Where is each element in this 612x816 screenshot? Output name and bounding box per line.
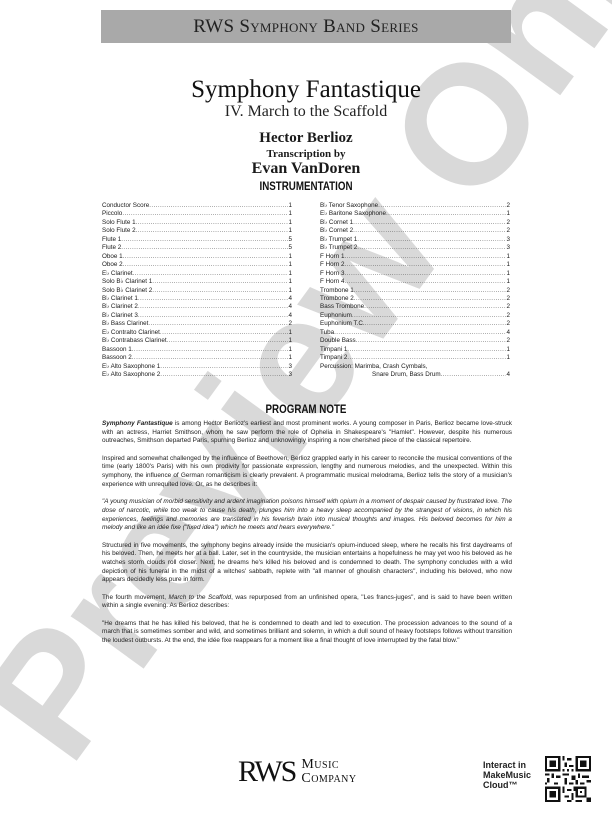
instrument-row: E♭ Alto Saxophone 23 <box>102 371 292 379</box>
instrument-row: Trombone 12 <box>320 287 510 295</box>
dot-leader <box>132 354 289 362</box>
dot-leader <box>364 303 506 311</box>
instrument-row: Tuba4 <box>320 329 510 337</box>
movement-subtitle: IV. March to the Scaffold <box>0 103 612 121</box>
part-count: 2 <box>506 227 510 235</box>
dot-leader <box>123 261 289 269</box>
part-count: 1 <box>288 227 292 235</box>
transcription-label: Transcription by <box>0 148 612 160</box>
instrument-name: F Horn 4 <box>320 278 345 286</box>
part-count: 2 <box>506 287 510 295</box>
instrument-name: Bassoon 1 <box>102 346 132 354</box>
instrument-row: B♭ Tenor Saxophone2 <box>320 202 510 210</box>
dot-leader <box>352 312 507 320</box>
dot-leader <box>148 320 288 328</box>
dot-leader <box>132 346 289 354</box>
part-count: 1 <box>288 270 292 278</box>
dot-leader <box>347 354 506 362</box>
instrument-row: Euphonium2 <box>320 312 510 320</box>
program-note-body: Symphony Fantastique is among Hector Ber… <box>102 420 512 654</box>
rws-logo-mark: RWS <box>238 755 295 789</box>
instrument-name: Solo B♭ Clarinet 1 <box>102 278 152 286</box>
dot-leader <box>354 287 507 295</box>
instrument-name: F Horn 1 <box>320 253 345 261</box>
logo-line-2: Company <box>301 772 356 786</box>
instrument-name: B♭ Clarinet 3 <box>102 312 138 320</box>
part-count: 1 <box>288 202 292 210</box>
part-count: 1 <box>506 278 510 286</box>
instrument-row: B♭ Clarinet 34 <box>102 312 292 320</box>
part-count: 1 <box>288 278 292 286</box>
instrument-name: Double Bass <box>320 337 356 345</box>
arranger-name: Evan VanDoren <box>0 160 612 178</box>
instrumentation-list-left: Conductor Score1Piccolo1Solo Flute 11Sol… <box>102 202 292 380</box>
dot-leader <box>149 202 288 210</box>
dot-leader <box>334 329 506 337</box>
part-count: 1 <box>506 210 510 218</box>
part-count: 3 <box>506 236 510 244</box>
instrument-row: B♭ Clarinet 14 <box>102 295 292 303</box>
dot-leader <box>136 219 289 227</box>
part-count: 1 <box>506 253 510 261</box>
instrument-name: B♭ Trumpet 2 <box>320 244 357 252</box>
instrument-row: Bassoon 21 <box>102 354 292 362</box>
dot-leader <box>347 346 506 354</box>
berlioz-quote: "He dreams that he has killed his belove… <box>102 620 512 646</box>
instrument-row: Snare Drum, Bass Drum4 <box>320 371 510 379</box>
instrument-row: F Horn 41 <box>320 278 510 286</box>
part-count: 1 <box>506 346 510 354</box>
part-count: 3 <box>288 371 292 379</box>
instrument-row: E♭ Clarinet1 <box>102 270 292 278</box>
program-note-paragraph: Inspired and somewhat challenged by the … <box>102 455 512 490</box>
part-count: 1 <box>288 287 292 295</box>
dot-leader <box>345 261 507 269</box>
instrument-name: B♭ Cornet 2 <box>320 227 353 235</box>
instrument-name: Flute 1 <box>102 236 121 244</box>
part-count: 2 <box>506 337 510 345</box>
instrument-row: Bass Trombone2 <box>320 303 510 311</box>
instrument-row: B♭ Cornet 22 <box>320 227 510 235</box>
part-count: 2 <box>506 312 510 320</box>
dot-leader <box>160 329 289 337</box>
dot-leader <box>167 337 289 345</box>
program-note-paragraph: Structured in five movements, the sympho… <box>102 542 512 586</box>
instrument-row: Trombone 22 <box>320 295 510 303</box>
dot-leader <box>378 202 506 210</box>
part-count: 1 <box>506 261 510 269</box>
part-count: 4 <box>506 371 510 379</box>
instrument-name: Solo Flute 1 <box>102 219 136 227</box>
instrument-row: F Horn 11 <box>320 253 510 261</box>
instrument-row: E♭ Contralto Clarinet1 <box>102 329 292 337</box>
dot-leader <box>357 244 506 252</box>
berlioz-quote: "A young musician of morbid sensitivity … <box>102 498 512 533</box>
dot-leader <box>152 287 288 295</box>
logo-line-1: Music <box>301 758 356 772</box>
piece-title-inline: Symphony Fantastique <box>102 420 173 427</box>
instrument-row: Solo B♭ Clarinet 11 <box>102 278 292 286</box>
dot-leader <box>160 363 288 371</box>
series-title: RWS Symphony Band Series <box>193 16 418 38</box>
part-count: 1 <box>288 337 292 345</box>
instrument-name: Conductor Score <box>102 202 149 210</box>
instrumentation-heading: INSTRUMENTATION <box>46 181 566 193</box>
instrument-row: F Horn 31 <box>320 270 510 278</box>
instrument-name: E♭ Contralto Clarinet <box>102 329 160 337</box>
part-count: 2 <box>288 320 292 328</box>
dot-leader <box>122 210 288 218</box>
instrument-row: E♭ Alto Saxophone 13 <box>102 363 292 371</box>
instrument-name: Trombone 1 <box>320 287 354 295</box>
instrument-name: Trombone 2 <box>320 295 354 303</box>
instrument-name: F Horn 3 <box>320 270 345 278</box>
instrument-name: Percussion: Marimba, Crash Cymbals, <box>320 363 427 371</box>
instrument-name: B♭ Tenor Saxophone <box>320 202 378 210</box>
instrument-name: E♭ Alto Saxophone 2 <box>102 371 160 379</box>
instrument-name: Bass Trombone <box>320 303 364 311</box>
instrument-name: B♭ Bass Clarinet <box>102 320 148 328</box>
instrument-row: B♭ Trumpet 13 <box>320 236 510 244</box>
part-count: 2 <box>506 303 510 311</box>
part-count: 1 <box>288 261 292 269</box>
instrument-name: Euphonium T.C. <box>320 320 365 328</box>
dot-leader <box>353 227 506 235</box>
instrument-name: Flute 2 <box>102 244 121 252</box>
dot-leader <box>133 270 289 278</box>
part-count: 1 <box>288 219 292 227</box>
dot-leader <box>123 253 289 261</box>
instrument-name: E♭ Baritone Saxophone <box>320 210 386 218</box>
dot-leader <box>136 227 289 235</box>
instrument-row: Timpani 11 <box>320 346 510 354</box>
instrument-row: Flute 25 <box>102 244 292 252</box>
part-count: 1 <box>288 329 292 337</box>
instrument-name: Snare Drum, Bass Drum <box>320 371 441 379</box>
part-count: 1 <box>288 210 292 218</box>
part-count: 2 <box>506 219 510 227</box>
instrument-name: Solo B♭ Clarinet 2 <box>102 287 152 295</box>
qr-code-icon[interactable] <box>545 756 591 802</box>
dot-leader <box>345 278 507 286</box>
instrument-name: E♭ Alto Saxophone 1 <box>102 363 160 371</box>
instrument-row: Piccolo1 <box>102 210 292 218</box>
dot-leader <box>357 236 506 244</box>
instrument-row: B♭ Trumpet 23 <box>320 244 510 252</box>
program-note-paragraph: Symphony Fantastique is among Hector Ber… <box>102 420 512 446</box>
dot-leader <box>365 320 507 328</box>
instrument-name: F Horn 2 <box>320 261 345 269</box>
part-count: 1 <box>506 354 510 362</box>
instrument-row: Double Bass2 <box>320 337 510 345</box>
part-count: 4 <box>288 312 292 320</box>
instrument-row: B♭ Contrabass Clarinet1 <box>102 337 292 345</box>
dot-leader <box>121 244 288 252</box>
program-note-paragraph: The fourth movement, March to the Scaffo… <box>102 594 512 611</box>
makemusic-cloud-label: Interact in MakeMusic Cloud™ <box>483 760 531 790</box>
movement-title-inline: March to the Scaffold <box>169 594 232 601</box>
part-count: 1 <box>288 253 292 261</box>
dot-leader <box>121 236 288 244</box>
part-count: 2 <box>506 202 510 210</box>
instrument-row: Flute 15 <box>102 236 292 244</box>
instrument-row: Timpani 21 <box>320 354 510 362</box>
instrument-name: B♭ Clarinet 2 <box>102 303 138 311</box>
program-note-heading: PROGRAM NOTE <box>46 404 566 416</box>
instrument-row: B♭ Cornet 12 <box>320 219 510 227</box>
part-count: 1 <box>288 354 292 362</box>
dot-leader <box>138 303 289 311</box>
part-count: 1 <box>506 270 510 278</box>
instrument-row: Solo Flute 11 <box>102 219 292 227</box>
instrument-name: Solo Flute 2 <box>102 227 136 235</box>
instrument-row: B♭ Clarinet 24 <box>102 303 292 311</box>
instrument-row: Euphonium T.C.2 <box>320 320 510 328</box>
instrument-name: Euphonium <box>320 312 352 320</box>
instrument-row: Solo B♭ Clarinet 21 <box>102 287 292 295</box>
part-count: 1 <box>288 346 292 354</box>
instrument-row: B♭ Bass Clarinet2 <box>102 320 292 328</box>
instrument-name: Timpani 1 <box>320 346 347 354</box>
dot-leader <box>354 295 507 303</box>
instrument-row: Bassoon 11 <box>102 346 292 354</box>
rws-music-company-logo: RWS Music Company <box>238 755 357 789</box>
instrument-name: B♭ Clarinet 1 <box>102 295 138 303</box>
instrument-row: Oboe 21 <box>102 261 292 269</box>
piece-title: Symphony Fantastique <box>0 76 612 104</box>
instrument-name: E♭ Clarinet <box>102 270 133 278</box>
instrument-row: Conductor Score1 <box>102 202 292 210</box>
dot-leader <box>160 371 288 379</box>
instrument-row: F Horn 21 <box>320 261 510 269</box>
series-banner: RWS Symphony Band Series <box>101 10 511 43</box>
instrument-row: Percussion: Marimba, Crash Cymbals, <box>320 363 510 371</box>
instrument-name: Timpani 2 <box>320 354 347 362</box>
dot-leader <box>356 337 507 345</box>
instrument-name: B♭ Cornet 1 <box>320 219 353 227</box>
dot-leader <box>386 210 506 218</box>
instrument-name: B♭ Trumpet 1 <box>320 236 357 244</box>
dot-leader <box>138 295 289 303</box>
instrument-row: Solo Flute 21 <box>102 227 292 235</box>
instrument-name: Oboe 1 <box>102 253 123 261</box>
instrument-name: Tuba <box>320 329 334 337</box>
part-count: 3 <box>506 244 510 252</box>
dot-leader <box>152 278 288 286</box>
dot-leader <box>138 312 289 320</box>
instrumentation-list-right: B♭ Tenor Saxophone2E♭ Baritone Saxophone… <box>320 202 510 380</box>
instrument-name: B♭ Contrabass Clarinet <box>102 337 167 345</box>
instrument-name: Oboe 2 <box>102 261 123 269</box>
dot-leader <box>345 253 507 261</box>
part-count: 4 <box>506 329 510 337</box>
instrument-row: E♭ Baritone Saxophone1 <box>320 210 510 218</box>
instrument-name: Bassoon 2 <box>102 354 132 362</box>
dot-leader <box>441 371 507 379</box>
composer-name: Hector Berlioz <box>0 130 612 147</box>
part-count: 5 <box>288 236 292 244</box>
dot-leader <box>353 219 506 227</box>
part-count: 4 <box>288 295 292 303</box>
part-count: 3 <box>288 363 292 371</box>
dot-leader <box>345 270 507 278</box>
instrument-row: Oboe 11 <box>102 253 292 261</box>
part-count: 5 <box>288 244 292 252</box>
instrument-name: Piccolo <box>102 210 122 218</box>
part-count: 2 <box>506 295 510 303</box>
part-count: 2 <box>506 320 510 328</box>
part-count: 4 <box>288 303 292 311</box>
